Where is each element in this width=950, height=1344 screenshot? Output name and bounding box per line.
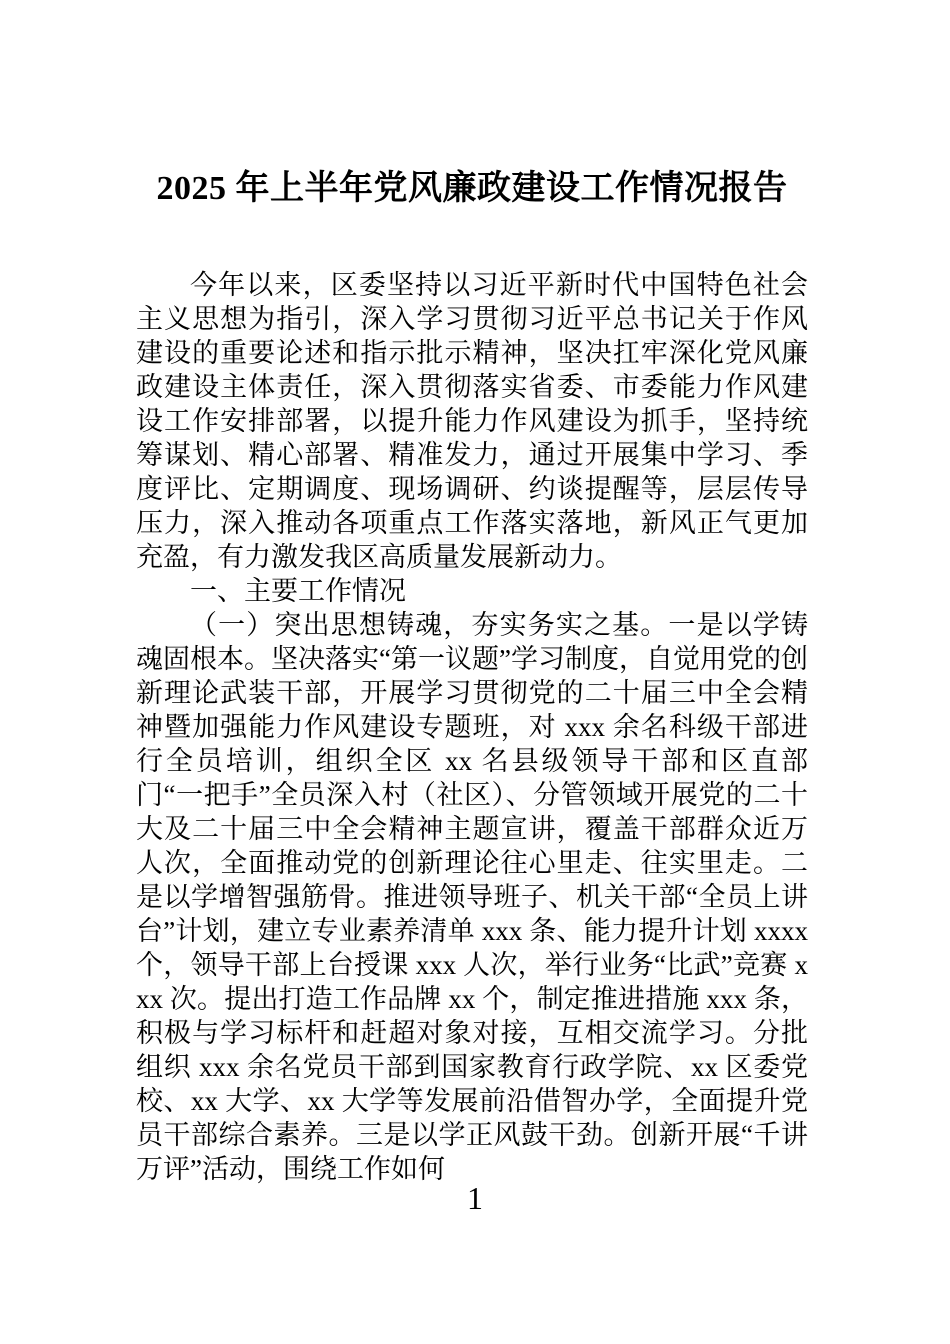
section-heading-main-work: 一、主要工作情况	[136, 574, 808, 608]
paragraph-intro: 今年以来，区委坚持以习近平新时代中国特色社会主义思想为指引，深入学习贯彻习近平总…	[136, 268, 808, 574]
document-page: 2025 年上半年党风廉政建设工作情况报告 今年以来，区委坚持以习近平新时代中国…	[0, 0, 950, 1344]
page-number: 1	[467, 1180, 483, 1216]
document-body: 今年以来，区委坚持以习近平新时代中国特色社会主义思想为指引，深入学习贯彻习近平总…	[136, 268, 808, 1186]
page-footer: 1	[0, 1180, 950, 1216]
document-title: 2025 年上半年党风廉政建设工作情况报告	[136, 166, 808, 212]
paragraph-section-one: （一）突出思想铸魂，夯实务实之基。一是以学铸魂固根本。坚决落实“第一议题”学习制…	[136, 608, 808, 1186]
